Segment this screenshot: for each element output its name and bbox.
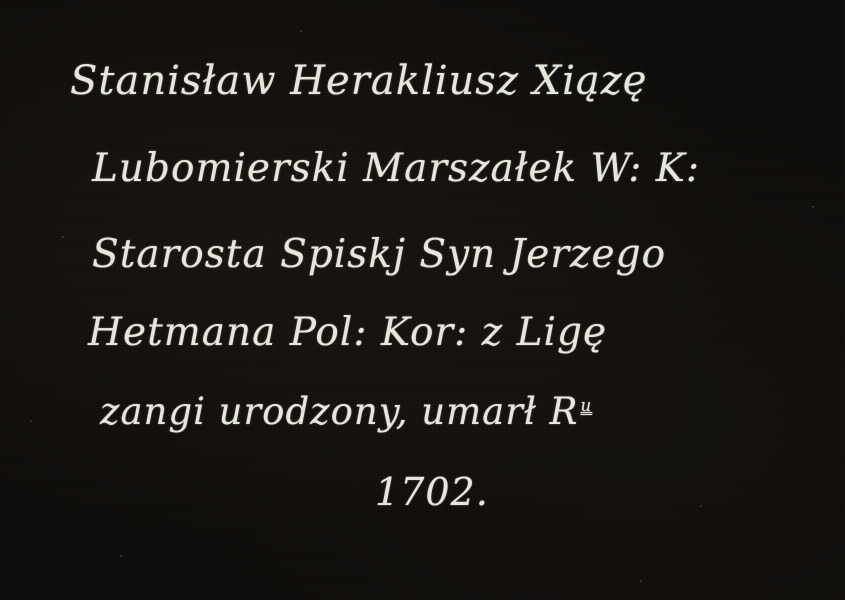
canvas-speck (300, 30, 302, 32)
canvas-speck (812, 206, 814, 208)
canvas-speck (62, 236, 64, 238)
inscription-line-1: Stanisław Herakliusz Xiązę (70, 58, 647, 104)
canvas-speck (30, 420, 32, 422)
inscription-line-3: Starosta Spiskj Syn Jerzego (92, 232, 666, 277)
canvas-speck (640, 580, 642, 582)
canvas-speck (700, 505, 702, 507)
inscription-line-5-text: zangi urodzony, umarł R (100, 390, 579, 433)
inscription-line-4: Hetmana Pol: Kor: z Ligę (88, 310, 607, 355)
inscription-year: 1702. (375, 470, 489, 514)
inscription-line-5: zangi urodzony, umarł Ru (100, 390, 592, 433)
inscription-line-2: Lubomierski Marszałek W: K: (92, 146, 700, 191)
canvas-speck (120, 555, 122, 557)
dark-canvas-background: Stanisław Herakliusz Xiązę Lubomierski M… (0, 0, 845, 600)
abbreviation-superscript: u (581, 396, 593, 415)
